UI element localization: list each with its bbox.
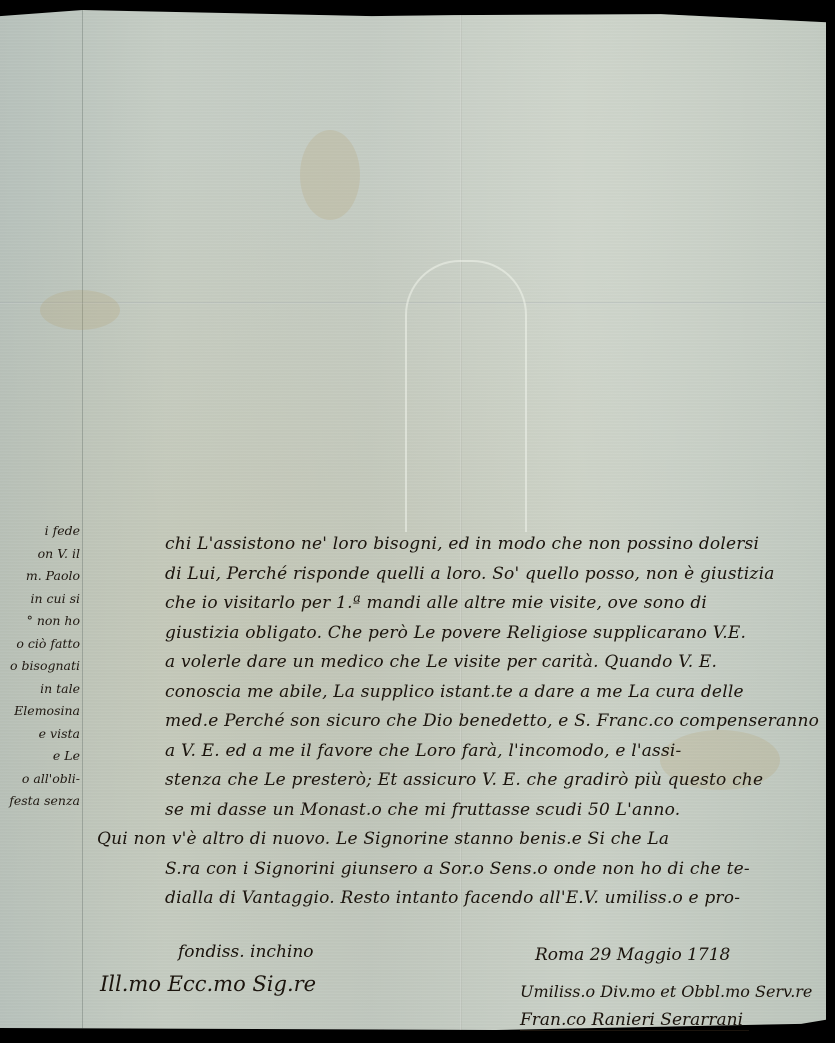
margin-line: Elemosina [0, 700, 80, 723]
letter-line: conoscia me abile, La supplico istant.te… [165, 678, 825, 708]
addressee: Ill.mo Ecc.mo Sig.re [100, 972, 316, 996]
signature: Fran.co Ranieri Serarrani [520, 1010, 749, 1031]
letter-line: che io visitarlo per 1.ª mandi alle altr… [165, 589, 825, 619]
letter-line: di Lui, Perché risponde quelli a loro. S… [165, 560, 825, 590]
margin-line: in cui si [0, 588, 80, 611]
letter-line: a volerle dare un medico che Le visite p… [165, 648, 825, 678]
vertical-fold-line [82, 10, 83, 1030]
margin-line: o all'obli- [0, 768, 80, 791]
salutation: Umiliss.o Div.mo et Obbl.mo Serv.re [520, 982, 812, 1001]
margin-line: in tale [0, 678, 80, 701]
margin-line: ° non ho [0, 610, 80, 633]
letter-body: chi L'assistono ne' loro bisogni, ed in … [165, 530, 825, 914]
margin-line: o ciò fatto [0, 633, 80, 656]
margin-line: m. Paolo [0, 565, 80, 588]
letter-line: a V. E. ed a me il favore che Loro farà,… [165, 737, 825, 767]
margin-line: festa senza [0, 790, 80, 813]
closing-phrase: fondiss. inchino [178, 942, 314, 962]
letter-line: se mi dasse un Monast.o che mi fruttasse… [165, 796, 825, 826]
margin-line: i fede [0, 520, 80, 543]
seal-impression-mark [405, 260, 527, 532]
letter-line: med.e Perché son sicuro che Dio benedett… [165, 707, 825, 737]
letter-line: chi L'assistono ne' loro bisogni, ed in … [165, 530, 825, 560]
dateline: Roma 29 Maggio 1718 [535, 945, 730, 965]
margin-line: e Le [0, 745, 80, 768]
letter-line: S.ra con i Signorini giunsero a Sor.o Se… [165, 855, 825, 885]
margin-line: on V. il [0, 543, 80, 566]
letter-line: giustizia obligato. Che però Le povere R… [165, 619, 825, 649]
letter-line: stenza che Le presterò; Et assicuro V. E… [165, 766, 825, 796]
left-margin-fragment: i fede on V. il m. Paolo in cui si ° non… [0, 520, 82, 813]
letter-line: Qui non v'è altro di nuovo. Le Signorine… [97, 825, 825, 855]
paper-stain [40, 290, 120, 330]
paper-stain [300, 130, 360, 220]
margin-line: e vista [0, 723, 80, 746]
letter-line: dialla di Vantaggio. Resto intanto facen… [165, 884, 825, 914]
margin-line: o bisognati [0, 655, 80, 678]
